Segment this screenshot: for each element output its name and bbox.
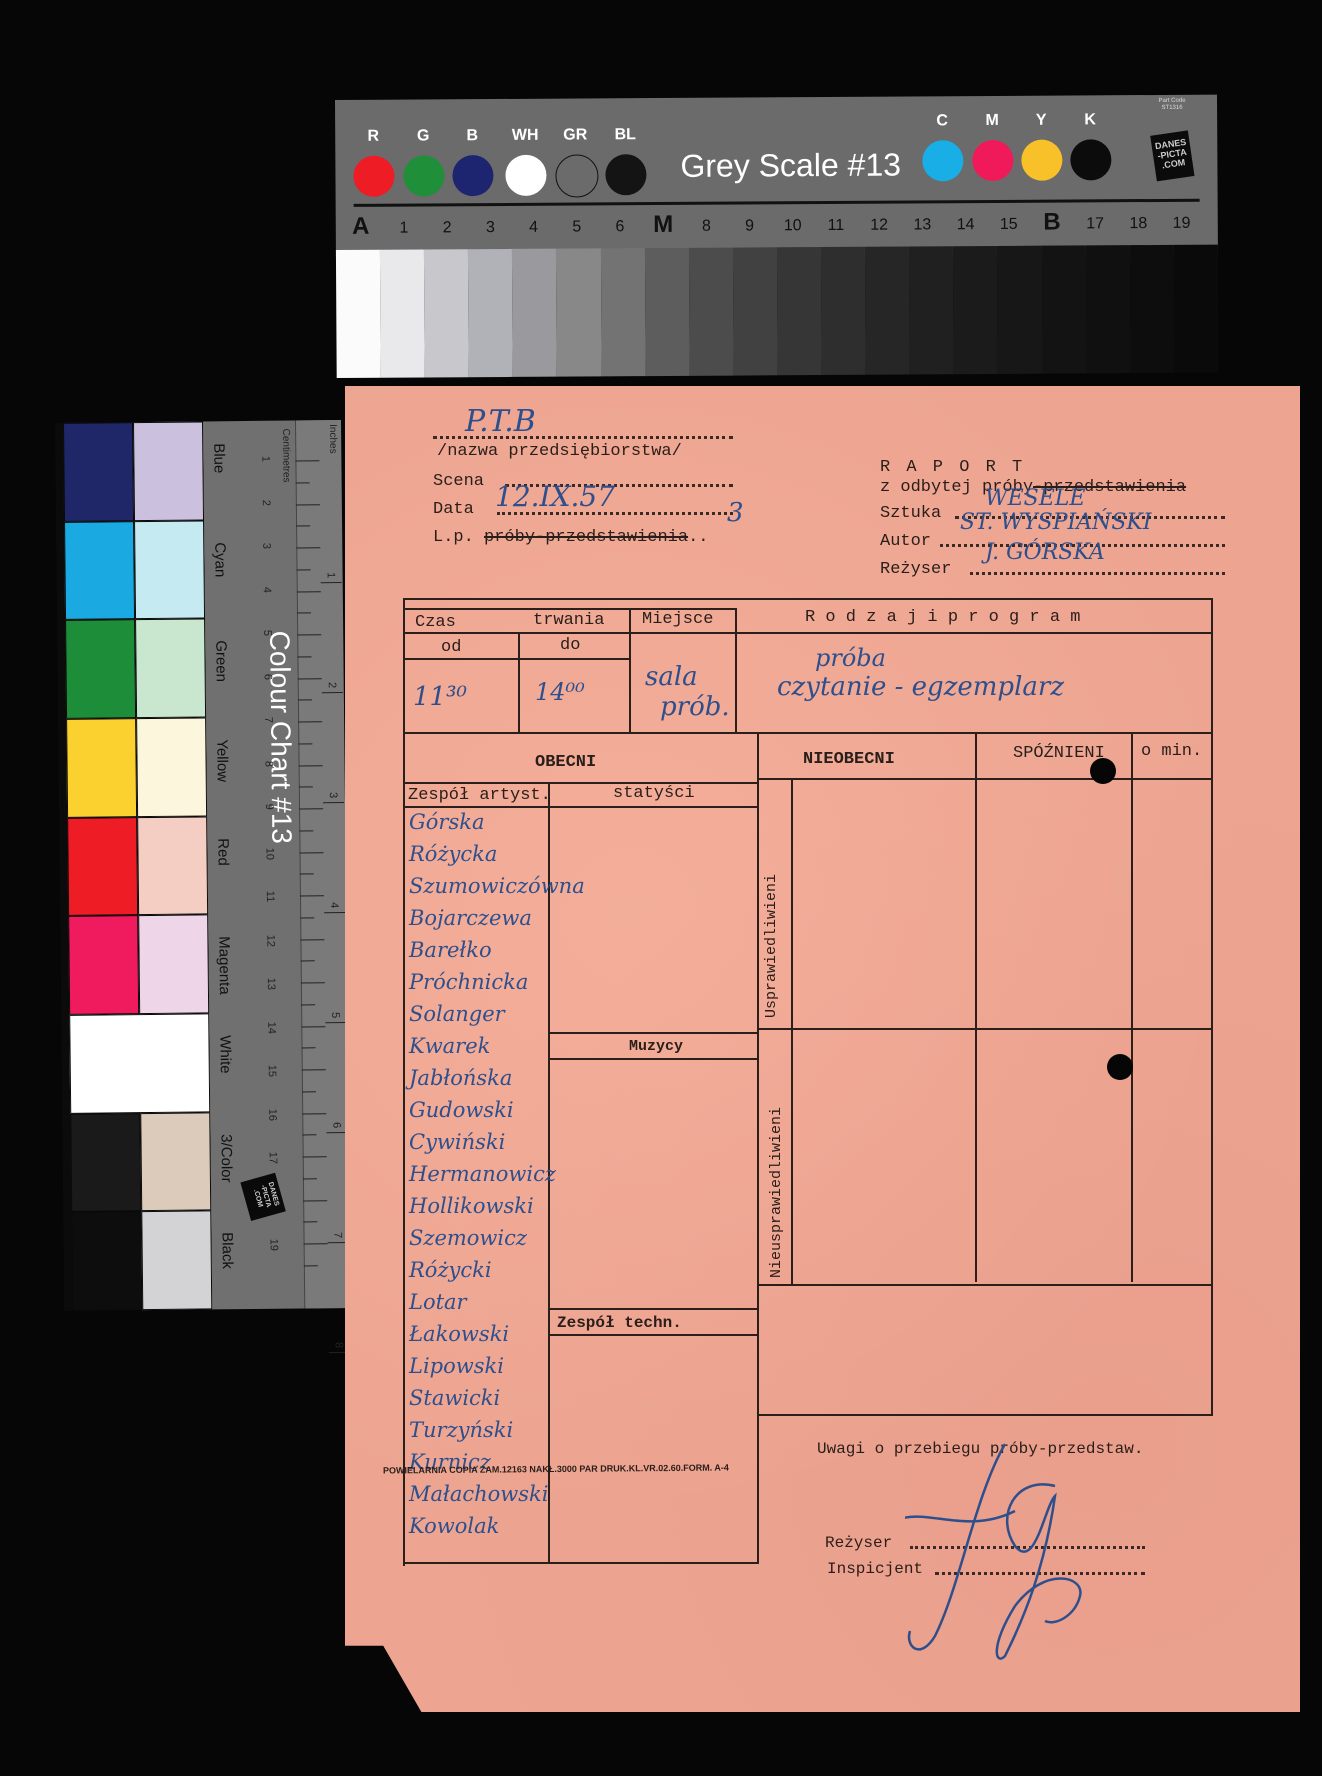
step-label: 9: [735, 217, 765, 235]
color-dot-c: [922, 140, 963, 181]
nieobecni-header: NIEOBECNI: [803, 750, 895, 769]
ruler-tick: [298, 743, 312, 744]
table-line: [518, 632, 520, 732]
artist-name: Turzyński: [409, 1418, 513, 1442]
ruler-tick: [301, 960, 315, 961]
color-dot-m: [972, 140, 1013, 181]
color-dot-gr: [555, 154, 598, 197]
rezyser-label: Reżyser: [880, 560, 951, 579]
table-line: [403, 658, 629, 660]
ruler-tick: [303, 1178, 317, 1179]
swatch-black-dark: [71, 1211, 142, 1310]
company-handwritten: P.T.B: [465, 404, 536, 439]
grey-step: [953, 246, 998, 374]
table-line: [757, 1414, 1213, 1416]
artist-name: Szumowiczówna: [409, 874, 585, 898]
program-value-1: próba: [815, 644, 886, 672]
dotted-line: [970, 572, 1225, 575]
data-label: Data: [433, 500, 474, 519]
colour-name: Yellow: [213, 739, 230, 782]
grey-scale-title: Grey Scale #13: [680, 147, 901, 185]
color-dot-bl: [605, 154, 646, 195]
dot-label: BL: [605, 126, 645, 144]
table-line: [403, 806, 759, 808]
table-line: [548, 1308, 758, 1310]
step-label: 8: [691, 218, 721, 236]
color-dot-wh: [505, 155, 546, 196]
ruler-tick: [299, 787, 313, 788]
inch-mark: 4: [328, 902, 340, 908]
artist-name: Hollikowski: [409, 1194, 534, 1218]
ruler-tick: [322, 692, 343, 693]
lp-label: L.p. próby-przedstawienia..: [433, 528, 708, 547]
dotted-line: [497, 512, 733, 515]
rodzaj-label: R o d z a j i p r o g r a m: [805, 608, 1080, 627]
table-line: [791, 778, 793, 1286]
grey-step: [424, 249, 469, 377]
swatch-yellow-light: [136, 717, 207, 816]
grey-scale-card: Part CodeST1316 RGBWHGRBLCMYK Grey Scale…: [335, 95, 1219, 378]
grey-step: [821, 247, 866, 375]
od-label: od: [441, 638, 461, 657]
colour-name: Magenta: [215, 936, 233, 995]
step-label: M: [648, 211, 678, 239]
ruler-tick: [297, 569, 311, 570]
cm-mark: 16: [266, 1108, 278, 1120]
grey-step: [556, 248, 601, 376]
colour-name: Green: [212, 641, 229, 683]
artist-name: Cywiński: [409, 1130, 505, 1154]
ruler-tick: [296, 526, 310, 527]
spoznieni-header: SPÓŹNIENI: [1013, 744, 1105, 763]
colour-chart-title: Colour Chart #13: [263, 630, 297, 844]
dot-label: M: [972, 112, 1012, 130]
ruler-tick: [298, 700, 312, 701]
color-dot-k: [1070, 139, 1111, 180]
grey-step: [645, 248, 690, 376]
czas-label: Czas: [415, 613, 456, 632]
dot-label: Y: [1021, 112, 1061, 130]
swatch-cyan-light: [134, 520, 205, 619]
ruler: [295, 420, 350, 1308]
miejsce-label: Miejsce: [642, 610, 713, 629]
colour-name: Cyan: [211, 542, 228, 577]
table-line: [403, 732, 1213, 734]
inch-mark: 2: [326, 682, 338, 688]
artist-name: Próchnicka: [409, 970, 528, 994]
swatch-3/color-dark: [70, 1113, 141, 1212]
miejsce-value-1: sala: [645, 662, 698, 692]
table-line: [548, 1334, 758, 1336]
inches-label: Inches: [327, 424, 338, 454]
table-line: [757, 732, 759, 1562]
table-line: [975, 732, 977, 1282]
artist-name: Kwarek: [409, 1034, 490, 1058]
grey-step: [909, 246, 954, 374]
artist-name: Różycka: [409, 842, 497, 866]
swatch-magenta-light: [138, 915, 209, 1014]
lp-value: 3: [727, 498, 744, 528]
table-line: [548, 1032, 758, 1034]
cm-mark: 1: [259, 456, 271, 462]
step-label: 12: [864, 217, 894, 235]
dot-label: WH: [505, 127, 545, 145]
step-label: A: [346, 213, 376, 241]
ruler-tick: [326, 1132, 347, 1133]
table-line: [757, 1028, 1213, 1030]
grey-step: [468, 249, 513, 377]
dot-label: GR: [555, 126, 595, 144]
swatch-green-dark: [65, 620, 136, 719]
cm-mark: 11: [264, 891, 276, 903]
step-label: 2: [432, 219, 462, 237]
grey-step: [1130, 245, 1175, 373]
grey-step-strip: [336, 245, 1219, 378]
trwania-label: trwania: [533, 611, 604, 630]
o-min-header: o min.: [1141, 742, 1202, 761]
artist-name: Solanger: [409, 1002, 505, 1026]
table-border: [1211, 598, 1213, 1288]
ruler-tick: [304, 1265, 318, 1266]
swatch-yellow-dark: [66, 718, 137, 817]
artist-name: Różycki: [409, 1258, 492, 1282]
signature: [905, 1436, 1145, 1666]
swatch-red-dark: [67, 817, 138, 916]
ruler-tick: [297, 656, 311, 657]
step-label: 19: [1167, 215, 1197, 233]
muzycy-header: Muzycy: [629, 1038, 683, 1055]
ruler-tick: [299, 830, 313, 831]
step-label: 10: [778, 217, 808, 235]
step-label: 13: [907, 216, 937, 234]
artist-name: Hermanowicz: [409, 1162, 556, 1186]
scena-label: Scena: [433, 472, 484, 491]
sztuka-label: Sztuka: [880, 504, 941, 523]
dot-label: G: [403, 127, 443, 145]
cm-mark: 9: [263, 804, 275, 810]
obecni-header: OBECNI: [535, 753, 596, 772]
ruler-tick: [297, 613, 311, 614]
ruler-tick: [321, 582, 342, 583]
grey-step: [380, 249, 425, 377]
colour-name: 3/Color: [217, 1134, 235, 1183]
artist-name: Górska: [409, 810, 484, 834]
swatch-cyan-dark: [64, 521, 135, 620]
artist-name: Lipowski: [409, 1354, 504, 1378]
rezyser-value: J. GÓRSKA: [985, 540, 1105, 565]
grey-step: [600, 248, 645, 376]
cm-mark: 2: [260, 499, 272, 505]
color-dot-b: [452, 155, 493, 196]
rehearsal-report-form: P.T.B /nazwa przedsiębiorstwa/ Scena 12.…: [345, 386, 1300, 1712]
dot-label: B: [452, 127, 492, 145]
step-label: B: [1037, 209, 1067, 237]
cm-mark: 8: [263, 760, 275, 766]
cm-mark: 17: [267, 1152, 279, 1164]
table-line: [735, 608, 737, 732]
centimetres-label: Centimetres: [280, 429, 292, 483]
od-value: 11³⁰: [413, 682, 467, 712]
dot-label: K: [1070, 111, 1110, 129]
colour-name: Red: [214, 838, 231, 866]
colour-name: White: [216, 1035, 233, 1074]
inch-mark: 1: [325, 572, 337, 578]
step-label: 1: [389, 219, 419, 237]
ruler-tick: [302, 1047, 316, 1048]
ruler-tick: [300, 917, 314, 918]
artist-name: Stawicki: [409, 1386, 500, 1410]
grey-step: [512, 249, 557, 377]
swatch-blue-light: [133, 421, 204, 520]
usprawiedliwieni-label: Usprawiedliwieni: [763, 874, 780, 1018]
danes-picta-logo: DANES-PICTA.COM: [1150, 130, 1194, 181]
step-label: 11: [821, 217, 851, 235]
table-line: [1131, 732, 1133, 1282]
swatch-magenta-dark: [68, 915, 139, 1014]
step-label: 3: [475, 219, 505, 237]
colour-name: Blue: [210, 443, 227, 473]
artist-name: Łakowski: [409, 1322, 509, 1346]
part-code: Part CodeST1316: [1147, 98, 1197, 112]
ruler-tick: [300, 874, 314, 875]
inch-mark: 7: [331, 1232, 343, 1238]
inch-mark: 3: [327, 792, 339, 798]
cm-mark: 12: [264, 934, 276, 946]
grey-step: [1085, 245, 1130, 373]
dot-label: C: [922, 112, 962, 130]
step-label: 18: [1123, 215, 1153, 233]
swatch-green-light: [135, 619, 206, 718]
step-label: 5: [562, 218, 592, 236]
dot-label: R: [353, 128, 393, 146]
table-line: [757, 778, 1213, 780]
cm-mark: 10: [263, 847, 275, 859]
colour-name: Black: [218, 1232, 235, 1269]
ruler-tick: [302, 1134, 316, 1135]
do-label: do: [560, 636, 580, 655]
grey-step: [865, 246, 910, 374]
punch-hole: [1090, 758, 1116, 784]
date-value: 12.IX.57: [495, 480, 615, 513]
autor-label: Autor: [880, 532, 931, 551]
table-line: [757, 1284, 1213, 1286]
company-label: /nazwa przedsiębiorstwa/: [437, 442, 682, 461]
artist-name: Szemowicz: [409, 1226, 527, 1250]
sztuka-value: WESELE: [985, 486, 1085, 511]
color-dot-y: [1021, 140, 1062, 181]
report-title: R A P O R T: [880, 458, 1025, 477]
color-dot-g: [403, 155, 444, 196]
cm-mark: 5: [261, 630, 273, 636]
table-border: [403, 598, 1213, 600]
table-line: [403, 632, 1213, 634]
grey-step: [997, 246, 1042, 374]
table-border: [403, 598, 405, 1566]
step-label: 6: [605, 218, 635, 236]
grey-step: [777, 247, 822, 375]
colour-chart: BlueCyanGreenYellowRedMagentaWhite3/Colo…: [55, 420, 349, 1311]
swatch-black-light: [141, 1211, 212, 1310]
ruler-tick: [303, 1221, 317, 1222]
cm-mark: 4: [261, 586, 273, 592]
printer-line: POWIELARNIA COPIA ZAM.12163 NAKŁ.3000 PA…: [383, 1462, 729, 1475]
cm-mark: 7: [262, 717, 274, 723]
grey-step: [1041, 245, 1086, 373]
table-line: [403, 1562, 759, 1564]
cm-mark: 19: [268, 1239, 280, 1251]
artist-name: Kowolak: [409, 1514, 499, 1538]
artist-name: Jabłońska: [409, 1066, 512, 1090]
step-label: 15: [994, 216, 1024, 234]
footer-rezyser-label: Reżyser: [825, 1534, 892, 1552]
punch-hole: [1107, 1054, 1133, 1080]
swatch-3/color-light: [140, 1112, 211, 1211]
ruler-tick: [296, 482, 310, 483]
table-line: [403, 782, 759, 784]
do-value: 14⁰⁰: [535, 678, 585, 706]
step-label: 14: [951, 216, 981, 234]
nieusprawiedliwieni-label: Nieusprawiedliwieni: [768, 1107, 785, 1278]
inch-mark: 8: [333, 1342, 345, 1348]
inch-mark: 5: [329, 1012, 341, 1018]
swatch-blue-dark: [63, 422, 134, 521]
grey-step: [689, 248, 734, 376]
artist-name: Gudowski: [409, 1098, 514, 1122]
ruler-tick: [301, 1004, 315, 1005]
table-line: [629, 608, 631, 732]
cm-mark: 3: [260, 543, 272, 549]
ruler-tick: [324, 912, 345, 913]
miejsce-value-2: prób.: [660, 692, 730, 722]
grey-step: [1174, 245, 1219, 373]
zespol-artyst-header: Zespół artyst.: [408, 786, 551, 805]
dotted-line: [433, 436, 733, 439]
artist-name: Barełko: [409, 938, 492, 962]
artist-name: Małachowski: [409, 1482, 548, 1506]
program-value-2: czytanie - egzemplarz: [777, 672, 1064, 702]
grey-step: [733, 247, 778, 375]
cm-mark: 14: [265, 1021, 277, 1033]
color-dot-r: [353, 156, 394, 197]
artist-name: Bojarczewa: [409, 906, 532, 930]
swatch-red-light: [137, 816, 208, 915]
inch-mark: 6: [330, 1122, 342, 1128]
grey-step: [336, 250, 381, 378]
autor-value: ST. WYSPIAŃSKI: [960, 510, 1152, 535]
cm-mark: 6: [262, 673, 274, 679]
cm-mark: 13: [265, 978, 277, 990]
step-label: 4: [519, 219, 549, 237]
ruler-tick: [302, 1091, 316, 1092]
table-line: [548, 1058, 758, 1060]
swatch-white: [69, 1013, 210, 1113]
table-line: [1211, 1284, 1213, 1414]
statysci-header: statyści: [613, 784, 695, 803]
step-label: 17: [1080, 215, 1110, 233]
zespol-techn-header: Zespół techn.: [557, 1314, 682, 1332]
artist-name: Lotar: [409, 1290, 467, 1314]
cm-mark: 15: [266, 1065, 278, 1077]
